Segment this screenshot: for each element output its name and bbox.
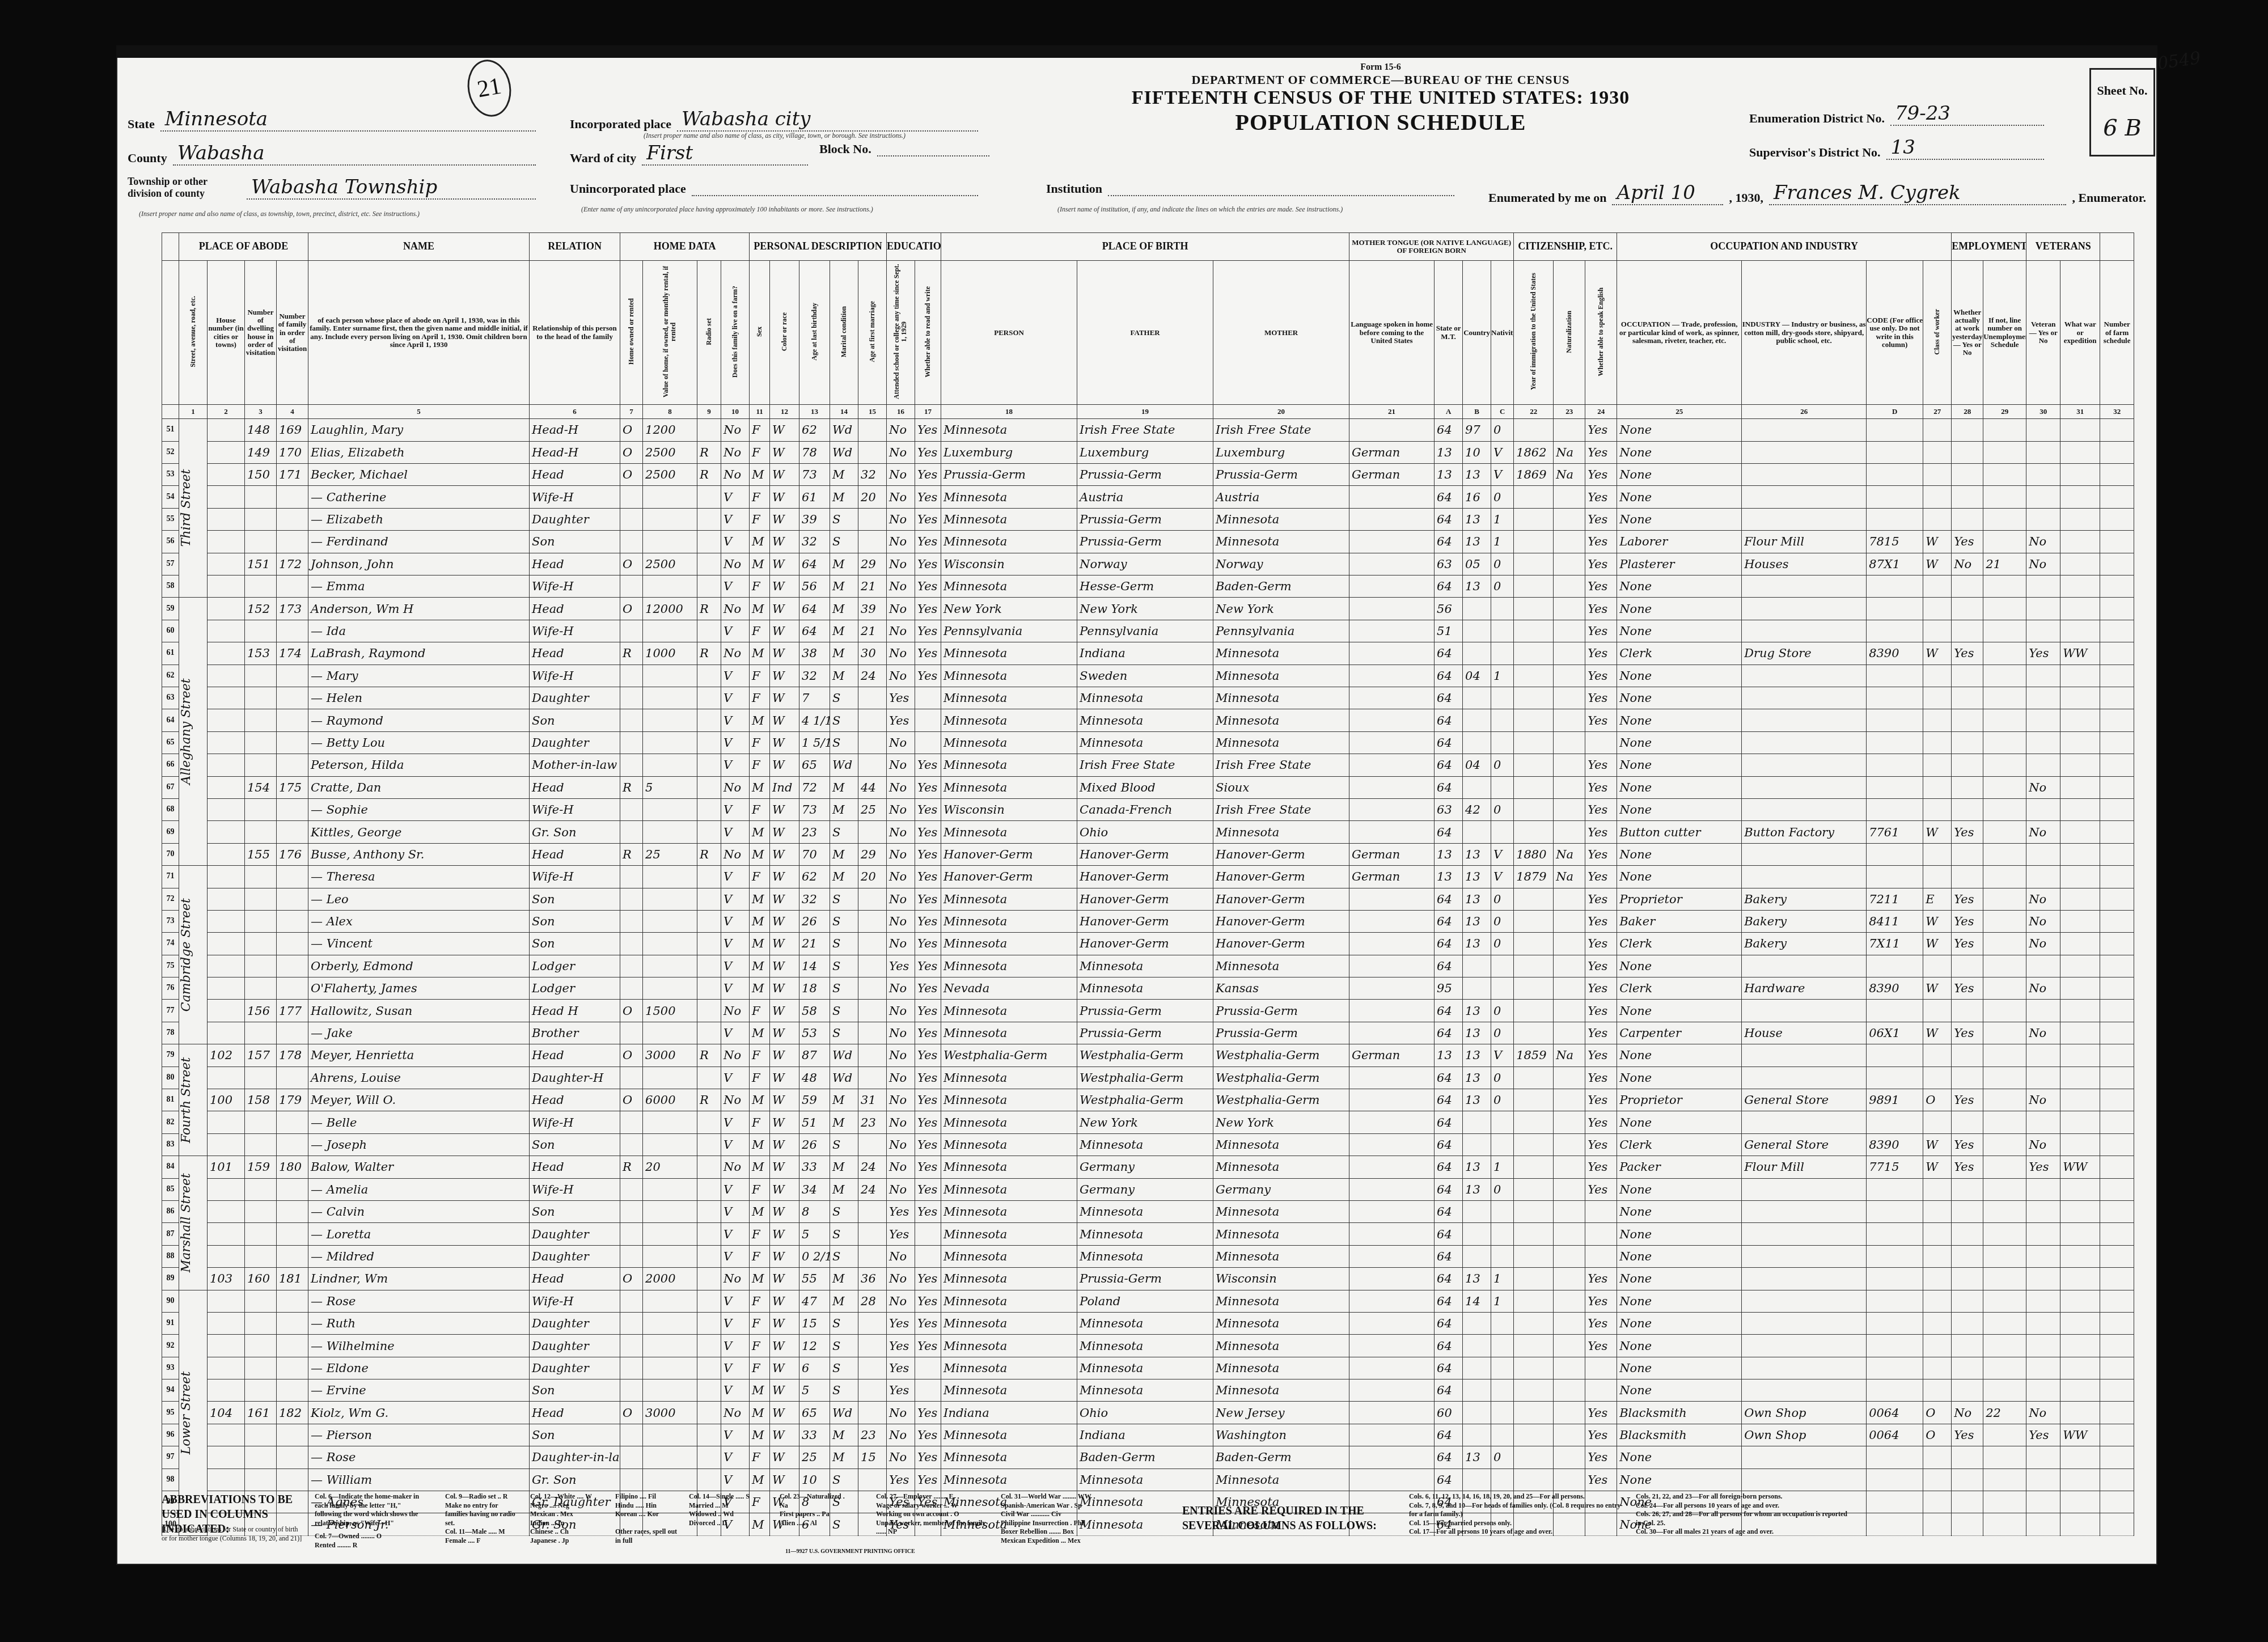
cell-codeB: 13	[1463, 1022, 1491, 1044]
cell-occupation: None	[1617, 1044, 1742, 1067]
cell-family: 177	[277, 1000, 308, 1022]
cell-lang	[1349, 419, 1435, 441]
cell-family	[277, 1200, 308, 1222]
cell-sex: M	[750, 553, 770, 575]
unincorporated-field: Unincorporated place	[570, 181, 978, 196]
cell-literate: Yes	[915, 620, 941, 642]
cell-codeA: 64	[1435, 1357, 1463, 1379]
cell-occupation: None	[1617, 1312, 1742, 1334]
cell-industry: House	[1742, 1022, 1867, 1044]
cell-industry	[1742, 665, 1867, 687]
cell-relation: Daughter-H	[530, 1067, 620, 1089]
cell-immig	[1514, 1379, 1554, 1402]
column-header-c23: Naturalization	[1554, 261, 1585, 405]
cell-codeA: 64	[1435, 1178, 1463, 1200]
cell-farmsch	[2100, 1335, 2134, 1357]
cell-codeD: 8390	[1867, 642, 1923, 665]
cell-dwelling: 159	[245, 1156, 277, 1178]
cell-farm: V	[721, 687, 750, 709]
cell-family: 182	[277, 1402, 308, 1424]
cell-house	[208, 821, 245, 843]
cell-industry	[1742, 1446, 1867, 1469]
cell-marital: M	[830, 642, 858, 665]
cell-war	[2060, 1245, 2100, 1267]
cell-codeC	[1491, 1133, 1514, 1156]
township-field: Township or other division of county Wab…	[128, 176, 536, 200]
cell-literate: Yes	[915, 1268, 941, 1290]
cell-codeD	[1867, 620, 1923, 642]
cell-codeA: 64	[1435, 821, 1463, 843]
cell-age_marr	[858, 933, 887, 955]
column-number: 28	[1952, 405, 1983, 419]
cell-vet	[2026, 1044, 2060, 1067]
cell-codeA: 64	[1435, 642, 1463, 665]
cell-birth: Minnesota	[941, 575, 1077, 598]
cell-cls	[1923, 709, 1952, 731]
cell-school: No	[887, 933, 915, 955]
cell-name: Anderson, Wm H	[308, 598, 530, 620]
cell-father: Hanover-Germ	[1077, 888, 1213, 910]
cell-war	[2060, 1089, 2100, 1111]
cell-name: Ahrens, Louise	[308, 1067, 530, 1089]
cell-occupation: Clerk	[1617, 1133, 1742, 1156]
column-number: 8	[643, 405, 697, 419]
cell-value: 1200	[643, 419, 697, 441]
cell-vet: No	[2026, 1089, 2060, 1111]
cell-house	[208, 776, 245, 798]
institution-note: (Insert name of institution, if any, and…	[1057, 205, 1343, 214]
cell-literate: Yes	[915, 441, 941, 463]
column-header-c5: of each person whose place of abode on A…	[308, 261, 530, 405]
cell-codeB: 13	[1463, 1446, 1491, 1469]
cell-race: W	[770, 1379, 799, 1402]
cell-age: 15	[799, 1312, 830, 1334]
cell-lang	[1349, 1000, 1435, 1022]
cell-work	[1952, 754, 1983, 776]
cell-codeB	[1463, 1200, 1491, 1222]
cell-war	[2060, 731, 2100, 754]
cell-occupation: Plasterer	[1617, 553, 1742, 575]
cell-literate: Yes	[915, 575, 941, 598]
cell-birth: Minnesota	[941, 888, 1077, 910]
col23-note: Col. 23—Naturalized . Na First papers ..…	[780, 1492, 853, 1527]
cell-sex: F	[750, 1044, 770, 1067]
cell-farmsch	[2100, 933, 2134, 955]
cell-marital: M	[830, 620, 858, 642]
cell-father: Austria	[1077, 486, 1213, 508]
cell-mother: Westphalia-Germ	[1213, 1044, 1349, 1067]
cell-birth: Minnesota	[941, 709, 1077, 731]
cell-natur	[1554, 687, 1585, 709]
cell-codeA: 64	[1435, 1089, 1463, 1111]
column-header-c1: Street, avenue, road, etc.	[179, 261, 208, 405]
column-header-c22: Year of immigration to the United States	[1514, 261, 1554, 405]
cell-cls	[1923, 843, 1952, 865]
group-citizenship: CITIZENSHIP, ETC.	[1514, 233, 1617, 261]
cell-cls: W	[1923, 933, 1952, 955]
cell-codeC: 0	[1491, 888, 1514, 910]
cell-house	[208, 754, 245, 776]
cell-farm: No	[721, 1000, 750, 1022]
cell-father: Hanover-Germ	[1077, 843, 1213, 865]
cell-farmsch	[2100, 977, 2134, 1000]
cell-occupation: None	[1617, 1379, 1742, 1402]
cell-name: Kiolz, Wm G.	[308, 1402, 530, 1424]
cell-name: — William	[308, 1469, 530, 1491]
cell-mother: Minnesota	[1213, 955, 1349, 977]
cell-lang	[1349, 731, 1435, 754]
cell-father: New York	[1077, 598, 1213, 620]
cell-radio: R	[697, 1089, 721, 1111]
cell-race: W	[770, 1223, 799, 1245]
cell-family	[277, 1424, 308, 1446]
cell-father: Minnesota	[1077, 1223, 1213, 1245]
cell-age: 58	[799, 1000, 830, 1022]
cell-mother: Baden-Germ	[1213, 1446, 1349, 1469]
cell-age: 38	[799, 642, 830, 665]
cell-industry: Own Shop	[1742, 1402, 1867, 1424]
cell-school: No	[887, 531, 915, 553]
cell-family: 178	[277, 1044, 308, 1067]
cell-tenure	[620, 508, 643, 530]
cell-codeD: 7X11	[1867, 933, 1923, 955]
cell-occupation: None	[1617, 709, 1742, 731]
cell-age: 7	[799, 687, 830, 709]
column-number: 29	[1983, 405, 2026, 419]
cell-value	[643, 1312, 697, 1334]
cell-literate: Yes	[915, 821, 941, 843]
column-number: 2	[208, 405, 245, 419]
cell-sex: F	[750, 1178, 770, 1200]
cell-unemp	[1983, 776, 2026, 798]
cell-natur	[1554, 508, 1585, 530]
cell-industry	[1742, 1312, 1867, 1334]
cell-cls	[1923, 441, 1952, 463]
cell-natur	[1554, 575, 1585, 598]
cell-birth: Minnesota	[941, 531, 1077, 553]
cell-cls: W	[1923, 910, 1952, 932]
cell-mother: Norway	[1213, 553, 1349, 575]
cell-codeD: 8390	[1867, 1133, 1923, 1156]
cell-family: 173	[277, 598, 308, 620]
cell-radio	[697, 888, 721, 910]
cell-farmsch	[2100, 1379, 2134, 1402]
cell-vet	[2026, 1067, 2060, 1089]
cell-name: — Helen	[308, 687, 530, 709]
cell-literate: Yes	[915, 1111, 941, 1133]
cell-mother: Hanover-Germ	[1213, 933, 1349, 955]
cell-tenure: R	[620, 1156, 643, 1178]
cell-marital: M	[830, 1290, 858, 1312]
cell-natur	[1554, 531, 1585, 553]
cell-farmsch	[2100, 1067, 2134, 1089]
cell-age_marr	[858, 1335, 887, 1357]
cell-natur	[1554, 665, 1585, 687]
cell-farm: V	[721, 866, 750, 888]
cell-codeB	[1463, 1111, 1491, 1133]
cell-codeC: 1	[1491, 665, 1514, 687]
census-row: 88— MildredDaughterVFW0 2/12SNoMinnesota…	[162, 1245, 2134, 1267]
column-header-c32: Number of farm schedule	[2100, 261, 2134, 405]
cell-father: New York	[1077, 1111, 1213, 1133]
cell-vet	[2026, 508, 2060, 530]
cell-age: 55	[799, 1268, 830, 1290]
cell-vet	[2026, 1379, 2060, 1402]
cell-natur	[1554, 910, 1585, 932]
township-value: Wabasha Township	[247, 176, 536, 200]
cell-tenure	[620, 531, 643, 553]
cell-father: Luxemburg	[1077, 441, 1213, 463]
cell-school: No	[887, 1446, 915, 1469]
cell-codeD	[1867, 731, 1923, 754]
cell-farmsch	[2100, 1402, 2134, 1424]
cell-war	[2060, 1402, 2100, 1424]
cell-immig	[1514, 731, 1554, 754]
cell-house	[208, 1111, 245, 1133]
cell-industry	[1742, 1379, 1867, 1402]
cell-birth: Hanover-Germ	[941, 843, 1077, 865]
cell-codeD	[1867, 754, 1923, 776]
cell-relation: Wife-H	[530, 798, 620, 820]
cell-codeB	[1463, 1312, 1491, 1334]
cell-tenure	[620, 1469, 643, 1491]
group-home: HOME DATA	[620, 233, 750, 261]
cell-war	[2060, 1223, 2100, 1245]
cell-vet: No	[2026, 910, 2060, 932]
cell-marital: M	[830, 1178, 858, 1200]
census-row: 91— RuthDaughterVFW15SYesYesMinnesotaMin…	[162, 1312, 2134, 1334]
cell-dwelling	[245, 1335, 277, 1357]
cell-age: 32	[799, 665, 830, 687]
cell-english: Yes	[1585, 575, 1617, 598]
line-number: 93	[162, 1357, 179, 1379]
cell-name: — Eldone	[308, 1357, 530, 1379]
cell-value: 20	[643, 1156, 697, 1178]
cell-occupation: None	[1617, 1178, 1742, 1200]
cell-war	[2060, 977, 2100, 1000]
cell-father: Germany	[1077, 1156, 1213, 1178]
cell-cls	[1923, 798, 1952, 820]
column-header-c7: Home owned or rented	[620, 261, 643, 405]
cell-codeA: 64	[1435, 687, 1463, 709]
cell-codeC: 0	[1491, 910, 1514, 932]
cell-codeA: 64	[1435, 665, 1463, 687]
cell-radio: R	[697, 642, 721, 665]
cell-natur	[1554, 642, 1585, 665]
cell-farmsch	[2100, 1022, 2134, 1044]
cell-farmsch	[2100, 955, 2134, 977]
column-number: A	[1435, 405, 1463, 419]
cell-immig	[1514, 642, 1554, 665]
cell-tenure: R	[620, 642, 643, 665]
cell-radio	[697, 1245, 721, 1267]
cell-school: No	[887, 1067, 915, 1089]
cell-war	[2060, 933, 2100, 955]
cell-farm: No	[721, 419, 750, 441]
cell-occupation: None	[1617, 866, 1742, 888]
column-header-c21: Language spoken in home before coming to…	[1349, 261, 1435, 405]
cell-lang	[1349, 1200, 1435, 1222]
ed-field: Enumeration District No. 79-23	[1749, 102, 2044, 126]
cell-industry: Bakery	[1742, 910, 1867, 932]
cell-war	[2060, 1335, 2100, 1357]
cell-unemp	[1983, 731, 2026, 754]
cell-farm: V	[721, 821, 750, 843]
cell-codeA: 64	[1435, 955, 1463, 977]
cell-race: W	[770, 1089, 799, 1111]
cell-unemp	[1983, 598, 2026, 620]
cell-race: W	[770, 1424, 799, 1446]
cell-house	[208, 553, 245, 575]
cell-literate: Yes	[915, 665, 941, 687]
cell-farmsch	[2100, 531, 2134, 553]
census-row: 54— CatherineWife-HVFW61M20NoYesMinnesot…	[162, 486, 2134, 508]
cell-codeC: 1	[1491, 531, 1514, 553]
cell-radio	[697, 553, 721, 575]
cell-birth: Minnesota	[941, 486, 1077, 508]
cell-immig	[1514, 754, 1554, 776]
sheet-number-box: Sheet No. 6 B	[2089, 68, 2155, 156]
census-row: 90Lower Street— RoseWife-HVFW47M28NoYesM…	[162, 1290, 2134, 1312]
cell-radio	[697, 955, 721, 977]
cell-relation: Daughter	[530, 1312, 620, 1334]
cell-industry	[1742, 486, 1867, 508]
cell-dwelling	[245, 866, 277, 888]
cell-occupation: Clerk	[1617, 642, 1742, 665]
cell-codeB: 13	[1463, 1000, 1491, 1022]
cell-codeB	[1463, 1379, 1491, 1402]
cell-radio: R	[697, 441, 721, 463]
cell-codeB: 13	[1463, 843, 1491, 865]
cell-war: WW	[2060, 642, 2100, 665]
cell-work: Yes	[1952, 1022, 1983, 1044]
line-number: 67	[162, 776, 179, 798]
cell-race: W	[770, 1000, 799, 1022]
cell-family	[277, 486, 308, 508]
cell-natur	[1554, 977, 1585, 1000]
cell-radio	[697, 508, 721, 530]
cell-marital: S	[830, 687, 858, 709]
cell-codeD	[1867, 687, 1923, 709]
cell-natur	[1554, 1111, 1585, 1133]
cell-english: Yes	[1585, 1312, 1617, 1334]
cell-dwelling: 152	[245, 598, 277, 620]
cell-relation: Daughter	[530, 508, 620, 530]
cell-vet	[2026, 687, 2060, 709]
cell-mother: Austria	[1213, 486, 1349, 508]
print-code: 11—9927 U.S. GOVERNMENT PRINTING OFFICE	[785, 1548, 915, 1555]
cell-lang	[1349, 1424, 1435, 1446]
cell-industry: General Store	[1742, 1133, 1867, 1156]
cell-work	[1952, 419, 1983, 441]
column-number: 25	[1617, 405, 1742, 419]
cell-vet	[2026, 866, 2060, 888]
group-veterans: VETERANS	[2026, 233, 2100, 261]
cell-farm: V	[721, 709, 750, 731]
cell-farm: V	[721, 731, 750, 754]
cell-value	[643, 754, 697, 776]
cell-literate	[915, 1379, 941, 1402]
cell-codeA: 64	[1435, 1469, 1463, 1491]
cell-codeA: 13	[1435, 441, 1463, 463]
cell-relation: Gr. Son	[530, 1469, 620, 1491]
cell-name: — Ervine	[308, 1379, 530, 1402]
cell-tenure	[620, 798, 643, 820]
cell-unemp	[1983, 464, 2026, 486]
cell-codeC	[1491, 731, 1514, 754]
cell-vet	[2026, 1312, 2060, 1334]
cell-school: Yes	[887, 955, 915, 977]
cell-father: Hanover-Germ	[1077, 933, 1213, 955]
cell-unemp	[1983, 1424, 2026, 1446]
cell-literate: Yes	[915, 798, 941, 820]
cell-occupation: None	[1617, 955, 1742, 977]
cell-father: Prussia-Germ	[1077, 1000, 1213, 1022]
cell-sex: M	[750, 977, 770, 1000]
cell-codeC: V	[1491, 441, 1514, 463]
cell-tenure: O	[620, 1089, 643, 1111]
cell-codeC: 0	[1491, 1022, 1514, 1044]
cell-age: 32	[799, 888, 830, 910]
cell-dwelling	[245, 955, 277, 977]
cell-cls: W	[1923, 642, 1952, 665]
census-row: 74— VincentSonVMW21SNoYesMinnesotaHanove…	[162, 933, 2134, 955]
cell-marital: M	[830, 1424, 858, 1446]
block-label: Block No.	[819, 142, 871, 156]
cell-work	[1952, 776, 1983, 798]
cell-lang	[1349, 1312, 1435, 1334]
cell-dwelling: 156	[245, 1000, 277, 1022]
column-number: 21	[1349, 405, 1435, 419]
cell-value: 12000	[643, 598, 697, 620]
cell-farm: No	[721, 1402, 750, 1424]
cell-immig	[1514, 1402, 1554, 1424]
cell-value	[643, 1335, 697, 1357]
cell-mother: Hanover-Germ	[1213, 866, 1349, 888]
township-label: Township or other division of county	[128, 176, 241, 200]
cell-sex: M	[750, 464, 770, 486]
cell-family	[277, 575, 308, 598]
cell-name: Busse, Anthony Sr.	[308, 843, 530, 865]
cell-birth: Minnesota	[941, 1089, 1077, 1111]
cell-relation: Head	[530, 553, 620, 575]
cell-dwelling: 157	[245, 1044, 277, 1067]
cell-natur	[1554, 1000, 1585, 1022]
cell-mother: Minnesota	[1213, 1469, 1349, 1491]
cell-sex: F	[750, 419, 770, 441]
cell-radio	[697, 709, 721, 731]
cell-radio	[697, 1379, 721, 1402]
cell-race: W	[770, 709, 799, 731]
cell-school: No	[887, 731, 915, 754]
cell-dwelling	[245, 1446, 277, 1469]
cell-work: Yes	[1952, 1156, 1983, 1178]
cell-war	[2060, 687, 2100, 709]
cell-age_marr	[858, 1245, 887, 1267]
cell-codeB: 13	[1463, 866, 1491, 888]
cell-industry	[1742, 598, 1867, 620]
cell-house	[208, 508, 245, 530]
cell-race: W	[770, 1111, 799, 1133]
cell-war	[2060, 441, 2100, 463]
cell-marital: M	[830, 598, 858, 620]
cell-natur	[1554, 486, 1585, 508]
cell-dwelling	[245, 977, 277, 1000]
cell-value: 1000	[643, 642, 697, 665]
cell-farm: V	[721, 508, 750, 530]
cell-radio	[697, 531, 721, 553]
enumerated-field: Enumerated by me on April 10 , 1930, Fra…	[1488, 181, 2146, 205]
